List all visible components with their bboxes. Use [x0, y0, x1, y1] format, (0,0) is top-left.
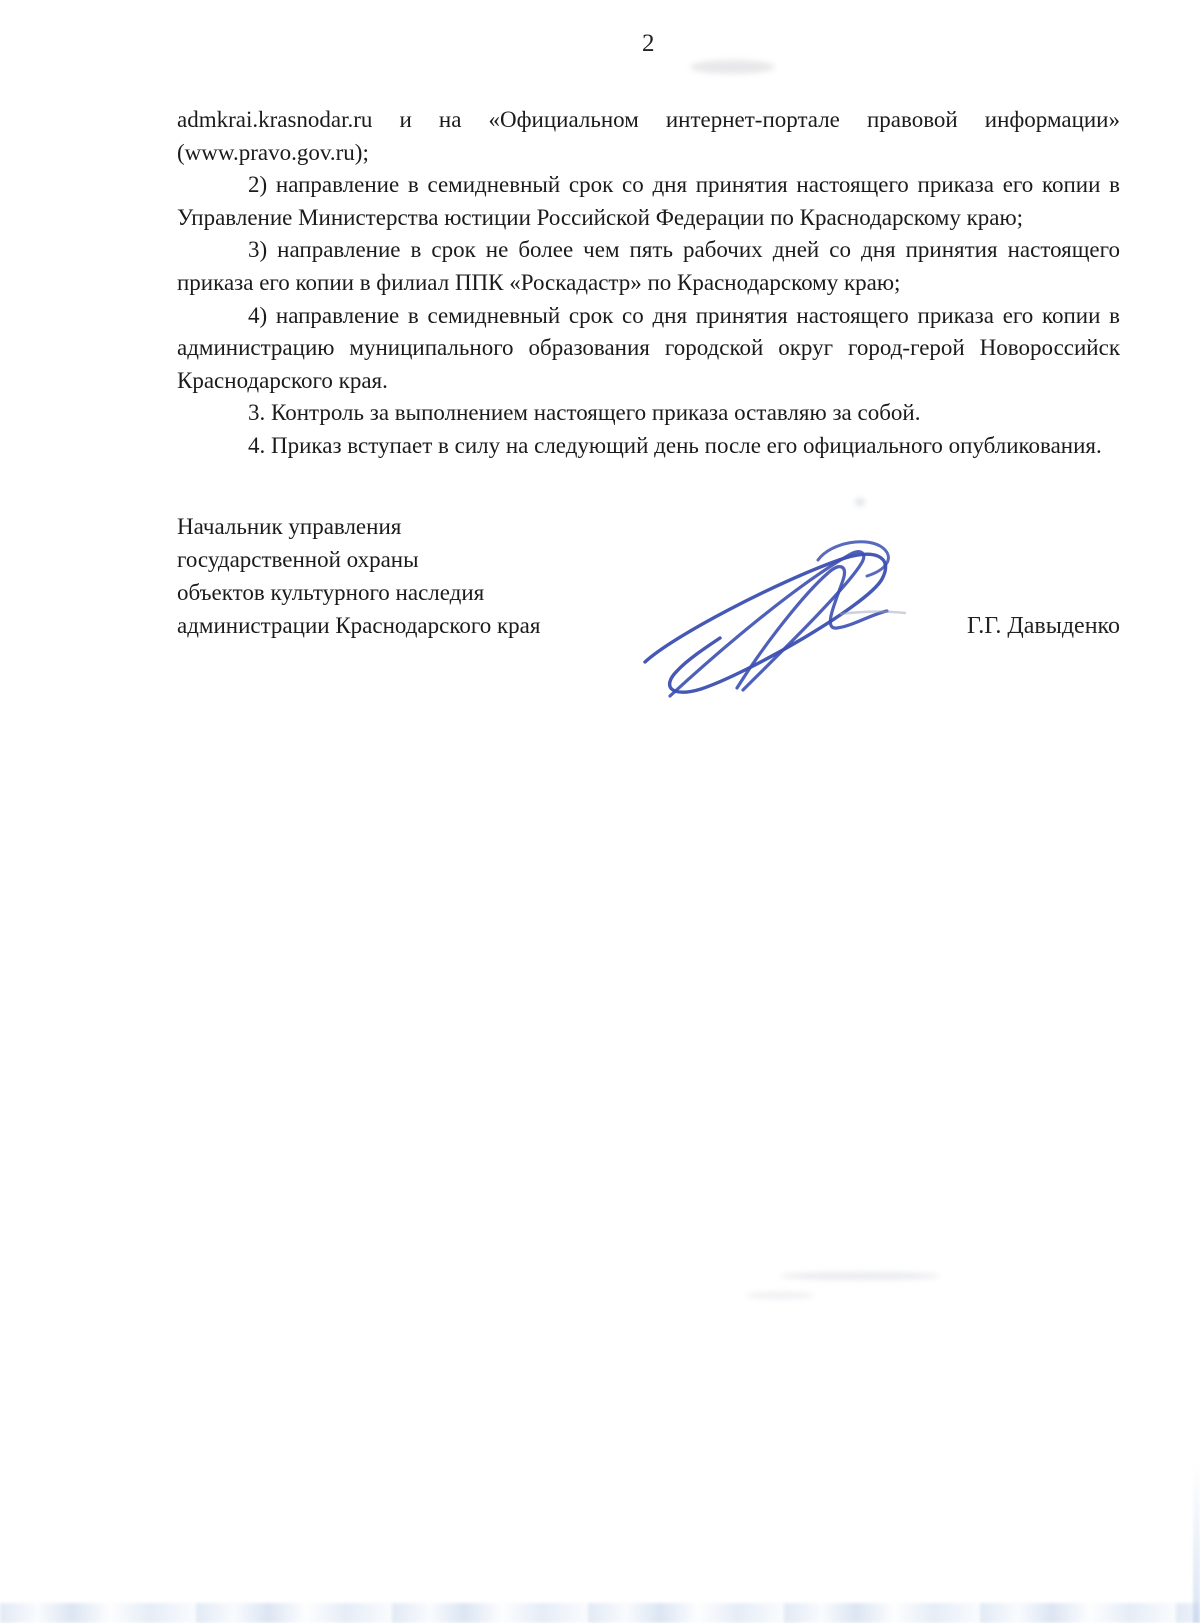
paragraph: admkrai.krasnodar.ru и на «Официальном и…	[177, 104, 1120, 169]
scan-bleed-band	[0, 1603, 1200, 1623]
page-content: 2 admkrai.krasnodar.ru и на «Официальном…	[177, 30, 1120, 710]
paragraph: 3. Контроль за выполнением настоящего пр…	[177, 397, 1120, 430]
scanned-document-page: 2 admkrai.krasnodar.ru и на «Официальном…	[0, 0, 1200, 1623]
scan-smudge	[690, 60, 775, 74]
scan-edge-artifact	[1193, 1463, 1200, 1623]
page-number: 2	[177, 30, 1120, 58]
scan-smudge	[780, 1272, 940, 1280]
signer-title-line: государственной охраны	[177, 543, 1120, 576]
scan-smudge	[745, 1292, 815, 1299]
paragraph: 2) направление в семидневный срок со дня…	[177, 169, 1120, 234]
paragraph: 4. Приказ вступает в силу на следующий д…	[177, 430, 1120, 463]
signer-name: Г.Г. Давыденко	[967, 610, 1120, 643]
paragraph: 4) направление в семидневный срок со дня…	[177, 300, 1120, 398]
scan-smudge	[855, 498, 865, 506]
paragraph: 3) направление в срок не более чем пять …	[177, 234, 1120, 299]
signature-block: Начальник управлениягосударственной охра…	[177, 510, 1120, 710]
document-body: admkrai.krasnodar.ru и на «Официальном и…	[177, 104, 1120, 463]
signer-title-line: Начальник управления	[177, 510, 1120, 543]
signer-title-line: объектов культурного наследия	[177, 576, 1120, 609]
